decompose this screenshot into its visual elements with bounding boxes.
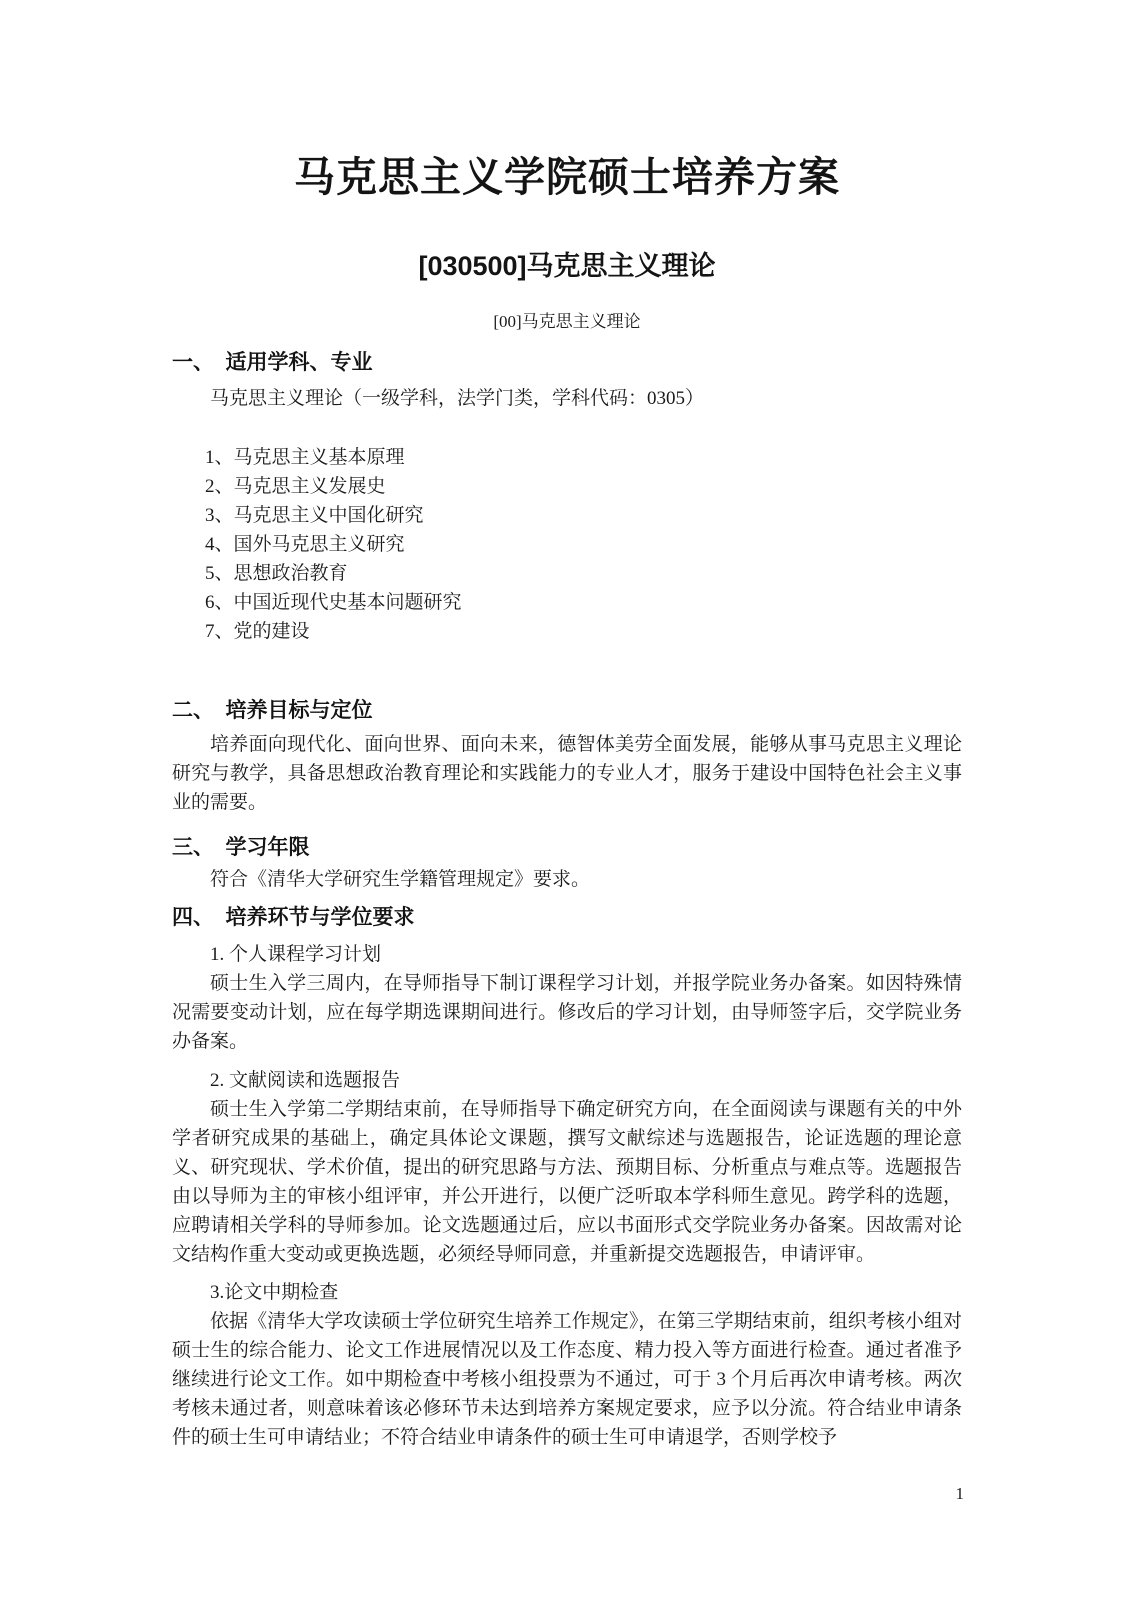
program-code-title: [030500]马克思主义理论	[172, 249, 962, 283]
section-4-sub-3-title: 3.论文中期检查	[172, 1278, 962, 1307]
section-4-sub-1-title: 1. 个人课程学习计划	[172, 940, 962, 969]
discipline-item-2: 2、马克思主义发展史	[205, 472, 962, 501]
section-4-title: 培养环节与学位要求	[226, 906, 415, 929]
section-2-body: 培养面向现代化、面向世界、面向未来，德智体美劳全面发展，能够从事马克思主义理论研…	[172, 730, 962, 817]
discipline-item-3: 3、马克思主义中国化研究	[205, 501, 962, 530]
section-4-sub-1-body: 硕士生入学三周内，在导师指导下制订课程学习计划，并报学院业务办备案。如因特殊情况…	[172, 969, 962, 1056]
section-3-heading: 三、学习年限	[172, 835, 962, 861]
section-4-sub-3-body: 依据《清华大学攻读硕士学位研究生培养工作规定》，在第三学期结束前，组织考核小组对…	[172, 1307, 962, 1452]
section-4-number: 四、	[172, 906, 214, 929]
section-2-title: 培养目标与定位	[226, 699, 373, 722]
discipline-item-7: 7、党的建设	[205, 617, 962, 646]
discipline-item-6: 6、中国近现代史基本问题研究	[205, 588, 962, 617]
discipline-item-1: 1、马克思主义基本原理	[205, 443, 962, 472]
section-1-number: 一、	[172, 351, 214, 374]
discipline-item-4: 4、国外马克思主义研究	[205, 530, 962, 559]
section-1-heading: 一、适用学科、专业	[172, 350, 962, 376]
section-3-number: 三、	[172, 836, 214, 859]
track-title: [00]马克思主义理论	[172, 311, 962, 333]
section-3-title: 学习年限	[226, 836, 310, 859]
discipline-list: 1、马克思主义基本原理 2、马克思主义发展史 3、马克思主义中国化研究 4、国外…	[172, 443, 962, 646]
section-2-number: 二、	[172, 699, 214, 722]
section-2-heading: 二、培养目标与定位	[172, 698, 962, 724]
discipline-item-5: 5、思想政治教育	[205, 559, 962, 588]
page-content: 马克思主义学院硕士培养方案 [030500]马克思主义理论 [00]马克思主义理…	[172, 0, 962, 1452]
document-page: 马克思主义学院硕士培养方案 [030500]马克思主义理论 [00]马克思主义理…	[0, 0, 1131, 1600]
section-1-intro: 马克思主义理论（一级学科，法学门类，学科代码：0305）	[172, 384, 962, 413]
section-4-heading: 四、培养环节与学位要求	[172, 905, 962, 931]
document-title: 马克思主义学院硕士培养方案	[172, 152, 962, 202]
section-1-title: 适用学科、专业	[226, 351, 373, 374]
section-4-sub-2-title: 2. 文献阅读和选题报告	[172, 1066, 962, 1095]
section-3-body: 符合《清华大学研究生学籍管理规定》要求。	[172, 865, 962, 894]
page-number: 1	[956, 1484, 965, 1504]
section-4-sub-2-body: 硕士生入学第二学期结束前，在导师指导下确定研究方向，在全面阅读与课题有关的中外学…	[172, 1095, 962, 1269]
